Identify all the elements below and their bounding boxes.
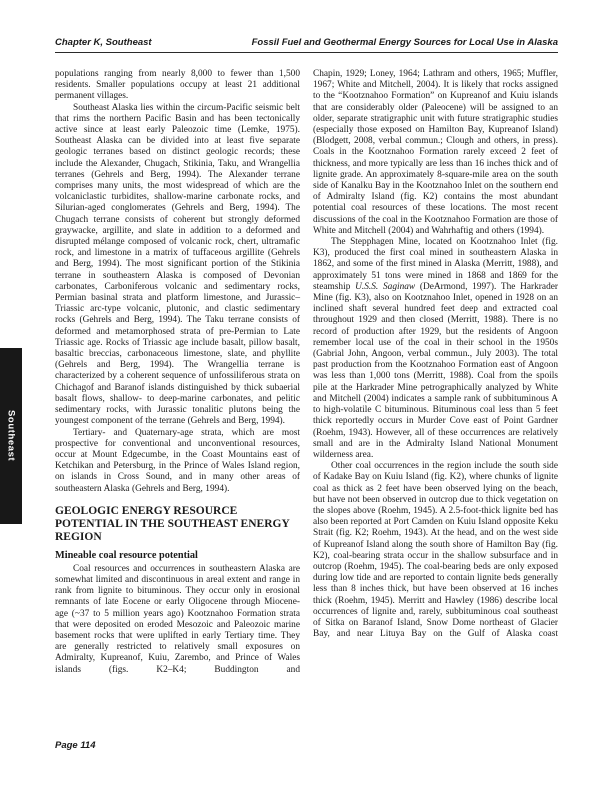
page-number: Page 114 [55, 740, 96, 751]
ship-name-italic: U.S.S. Saginaw [355, 282, 415, 292]
right-column: Chapin, 1929; Loney, 1964; Lathram and o… [313, 69, 558, 676]
left-column: populations ranging from nearly 8,000 to… [55, 69, 300, 676]
header-rule [55, 52, 558, 53]
section-tab-southeast: Southeast [0, 348, 22, 524]
paragraph-text: (DeArmond, 1997). The Harkrader Mine (fi… [313, 282, 558, 460]
body-paragraph: Chapin, 1929; Loney, 1964; Lathram and o… [313, 69, 558, 237]
sub-heading: Mineable coal resource potential [55, 550, 300, 562]
body-paragraph: Tertiary- and Quaternary-age strata, whi… [55, 428, 300, 495]
section-heading: GEOLOGIC ENERGY RESOURCE POTENTIAL IN TH… [55, 505, 300, 544]
body-paragraph: Coal resources and occurrences in southe… [55, 564, 300, 676]
text-columns: populations ranging from nearly 8,000 to… [55, 69, 558, 676]
chapter-label: Chapter K, Southeast [55, 37, 152, 48]
running-head: Chapter K, Southeast Fossil Fuel and Geo… [55, 37, 558, 48]
document-page: Chapter K, Southeast Fossil Fuel and Geo… [0, 0, 612, 792]
report-title: Fossil Fuel and Geothermal Energy Source… [252, 37, 558, 48]
body-paragraph: Other coal occurrences in the region inc… [313, 461, 558, 640]
body-paragraph: Southeast Alaska lies within the circum-… [55, 103, 300, 428]
section-tab-label: Southeast [6, 410, 17, 461]
body-paragraph: The Stepphagen Mine, located on Kootznah… [313, 237, 558, 461]
body-paragraph: populations ranging from nearly 8,000 to… [55, 69, 300, 103]
